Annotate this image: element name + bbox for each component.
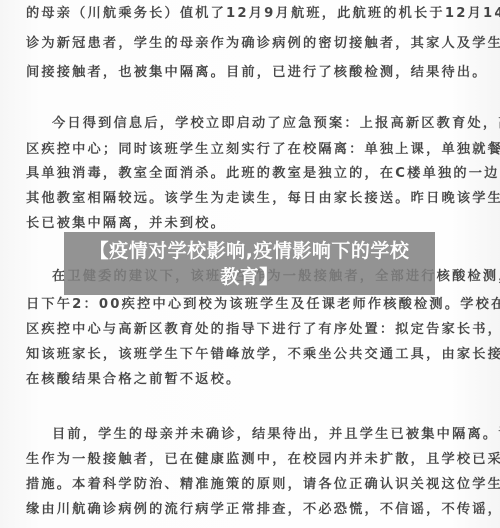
- paragraph-4-line-3: 措施。本着科学防治、精准施策的原则，请各位正确认识关视这位学生被隔离，: [26, 476, 476, 494]
- paragraph-1-line-3: 间接接触者，也被集中隔离。目前，已进行了核酸检测，结果待出。: [26, 64, 476, 82]
- title-overlay-banner: 【疫情对学校影响,疫情影响下的学校 教育】: [64, 232, 435, 295]
- paragraph-4-line-1: 目前，学生的母亲并未确诊，结果待出，并且学生已被集中隔离。该班学: [52, 426, 500, 444]
- overlay-title-line-1: 【疫情对学校影响,疫情影响下的学校: [70, 238, 430, 264]
- document-page: 的母亲（川航乘务长）值机了12月9月航班，此航班的机长于12月14日被确 诊为新…: [0, 0, 500, 528]
- overlay-title-line-2: 教育】: [70, 264, 430, 290]
- paragraph-3-line-5: 在核酸结果合格之前暂不返校。: [26, 371, 476, 389]
- paragraph-2-line-5: 长已被集中隔离，并未到校。: [26, 215, 476, 233]
- paragraph-2-line-1: 今日得到信息后，学校立即启动了应急预案：上报高新区教育处，高新: [52, 115, 500, 133]
- paragraph-2-line-4: 其他教室相隔较远。该学生为走读生，每日由家长接送。昨日晚该学生及家: [26, 190, 476, 208]
- paragraph-3-line-2: 日下午2：00疾控中心到校为该班学生及任课老师作核酸检测。学校在高新: [26, 296, 476, 314]
- paragraph-2-line-2: 区疾控中心；同时该班学生立刻实行了在校隔离：单独上课，单独就餐，餐: [26, 141, 476, 159]
- paragraph-4-line-4: 缘由川航确诊病例的流行病学正常排查，不必恐慌，不信谣，不传谣，同时做: [26, 501, 476, 519]
- paragraph-2-line-3: 具单独消毒，教室全面消杀。此班的教室是独立的，在C楼单独的一边，与: [26, 165, 476, 183]
- paragraph-3-line-3: 区疾控中心与高新区教育处的指导下进行了有序处置：拟定告家长书，并告: [26, 321, 476, 339]
- paragraph-1-line-2: 诊为新冠患者，学生的母亲作为确诊病例的密切接触者，其家人及学生作为: [26, 35, 476, 53]
- paragraph-3-line-4: 知该班家长，该班学生下午错峰放学，不乘坐公共交通工具，由家长接回。: [26, 346, 476, 364]
- paragraph-4-line-2: 生作为一般接触者，已在健康监测中，在校园内并未扩散，且学校已采取积极: [26, 451, 476, 469]
- paragraph-1-line-1: 的母亲（川航乘务长）值机了12月9月航班，此航班的机长于12月14日被确: [26, 5, 476, 23]
